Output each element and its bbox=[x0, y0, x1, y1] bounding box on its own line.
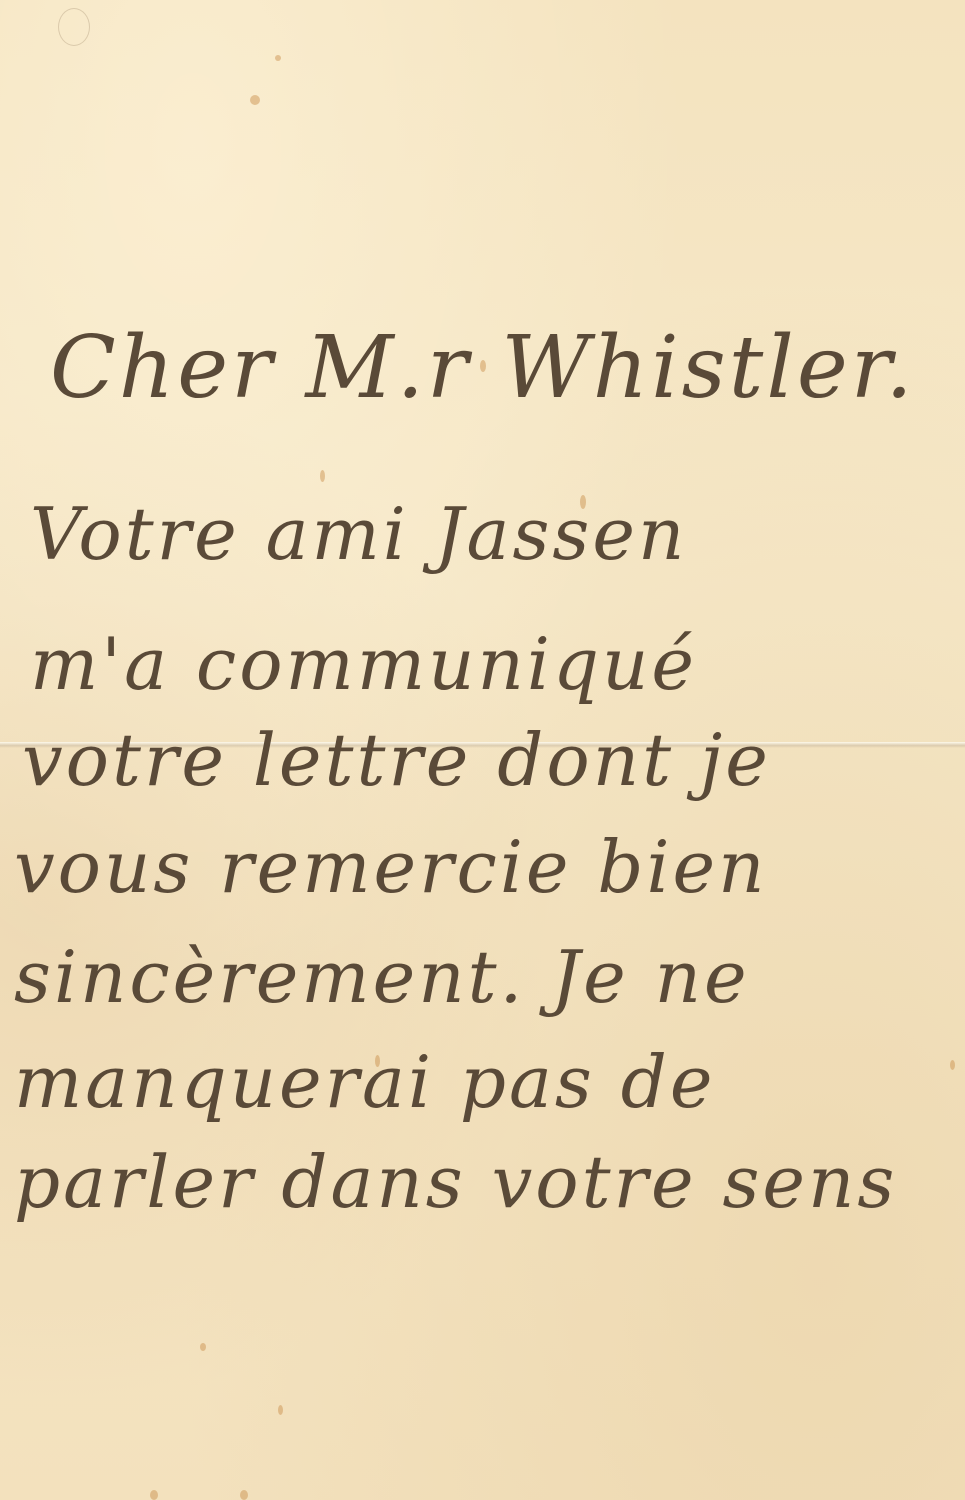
foxing-spot bbox=[950, 1060, 955, 1070]
letter-line: manquerai pas de bbox=[14, 1040, 715, 1124]
letter-line: votre lettre dont je bbox=[22, 718, 771, 802]
letter-line: vous remercie bien bbox=[14, 825, 768, 909]
foxing-spot bbox=[275, 55, 281, 61]
foxing-spot bbox=[320, 470, 325, 482]
foxing-spot bbox=[150, 1490, 158, 1500]
foxing-spot bbox=[200, 1343, 206, 1351]
letter-page: Cher M.r Whistler. Votre ami Jassen m'a … bbox=[0, 0, 965, 1500]
foxing-spot bbox=[278, 1405, 283, 1415]
faint-stamp-mark bbox=[58, 8, 90, 46]
letter-line: sincèrement. Je ne bbox=[14, 935, 750, 1019]
letter-line: Votre ami Jassen bbox=[30, 492, 687, 576]
letter-line: m'a communiqué bbox=[30, 622, 697, 706]
letter-salutation: Cher M.r Whistler. bbox=[50, 318, 916, 418]
foxing-spot bbox=[250, 95, 260, 105]
letter-line: parler dans votre sens bbox=[14, 1140, 897, 1224]
foxing-spot bbox=[240, 1490, 248, 1500]
